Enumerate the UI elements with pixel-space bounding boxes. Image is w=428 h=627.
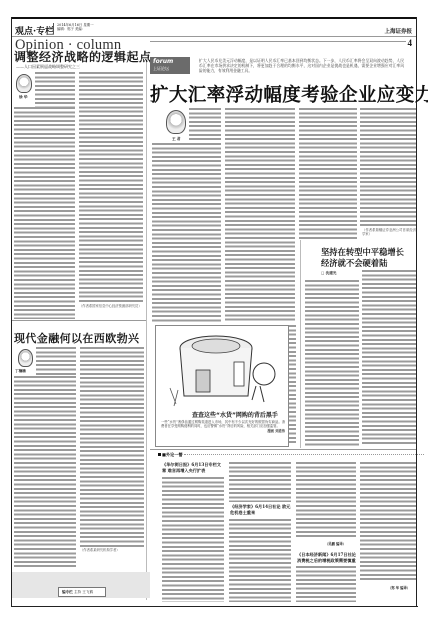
article-body-text xyxy=(79,72,143,302)
forum-intro: 扩大人民币兑美元浮动幅度，是以证明人民币汇率已基本回到均衡状态。下一步，人民币汇… xyxy=(199,58,404,73)
author-note: （作者系国家信息中心经济预测部研究员） xyxy=(79,304,143,316)
briefs-section-label: ■外论一瞥 xyxy=(162,452,183,458)
article-divider xyxy=(150,449,416,450)
brief-body-text xyxy=(229,462,291,502)
brief-title: 《经济学家》6月14日社论 欧元危机卷土重来 xyxy=(230,504,292,515)
article-body-text xyxy=(80,347,144,547)
brief-body-text xyxy=(296,462,356,538)
section-marker xyxy=(158,453,161,456)
left-article-1-subtitle: ——人口因素倒逼战略调整研究之三 xyxy=(16,64,80,70)
paper-name: 上海证券报 xyxy=(384,27,412,35)
article-body-text xyxy=(189,108,221,142)
author-note: （作者系瑞穗证券亚洲公司首席经济学家） xyxy=(362,228,416,240)
article-body-text xyxy=(362,270,416,446)
article-body-text xyxy=(152,143,221,323)
author-portrait xyxy=(166,110,186,134)
right-headline-line2: 经济就不会硬着陆 xyxy=(321,258,404,269)
right-article-headline: 坚持在转型中平稳增长 经济就不会硬着陆 xyxy=(321,247,404,268)
briefs-rule xyxy=(184,454,424,455)
page-number: 4 xyxy=(408,38,413,48)
article-body-text xyxy=(36,347,76,375)
article-body-text xyxy=(35,72,75,107)
left-article-2-headline: 现代金融何以在西欧勃兴 xyxy=(14,330,139,346)
author-name: 王 君 xyxy=(172,137,180,142)
bottom-rule xyxy=(11,606,418,607)
masthead-divider xyxy=(53,23,54,34)
article-divider xyxy=(12,320,146,321)
author-portrait xyxy=(18,349,33,367)
forum-label: forum 上证论坛 xyxy=(150,57,190,74)
masthead: 观点·专栏 2014年6月16日 星期一 编辑：郭子 美编： 上海证券报 xyxy=(12,19,416,37)
main-headline: 扩大汇率浮动幅度考验企业应变力 xyxy=(150,81,406,107)
masthead-rule xyxy=(150,41,406,42)
brief-credit: （吴鹏 编译） xyxy=(325,541,346,546)
article-body-text xyxy=(299,108,357,240)
left-article-1-headline: 调整经济战略的逻辑起点 xyxy=(14,48,152,65)
forum-label-en: forum xyxy=(153,58,173,65)
brief-credit: （郑 华 编译） xyxy=(388,585,410,590)
brief-body-text xyxy=(229,519,291,602)
brief-title: 《日本经济新闻》6月17日社论 消费税之后的增税政策需要慎重 xyxy=(297,552,357,563)
right-headline-line1: 坚持在转型中平稳增长 xyxy=(321,247,404,258)
column-divider xyxy=(300,240,301,448)
editor-names: 主持 王飞鹤 xyxy=(74,590,93,594)
editor-box: 编专栏 主持 王飞鹤 xyxy=(58,587,106,597)
brief-body-text xyxy=(162,477,224,602)
right-article-byline: □ 沈建光 xyxy=(321,271,336,276)
brief-body-text xyxy=(360,462,416,582)
article-body-text xyxy=(305,280,359,446)
article-body-text xyxy=(225,108,295,323)
masthead-editors: 编辑：郭子 美编： xyxy=(57,27,117,31)
cartoon-caption-body: 一些“水货”奢侈品通过网购渠道进入市场，其中有不少以次充好的假冒伪劣商品。消费者… xyxy=(161,420,285,428)
cartoon-illustration xyxy=(156,326,290,410)
author-portrait xyxy=(16,74,32,93)
article-body-text xyxy=(14,107,75,319)
forum-label-cn: 上证论坛 xyxy=(153,66,169,72)
article-body-text xyxy=(360,108,416,226)
cartoon-caption-title: 查查这些“水货”网购的背后黑手 xyxy=(192,410,278,419)
cartoon-credit: 漫画 刘道伟 xyxy=(267,429,285,433)
author-note: （作者系某研究机构学者） xyxy=(80,548,144,560)
author-name: 徐 华 xyxy=(19,95,27,100)
brief-body-text xyxy=(296,566,356,602)
section-title: 观点·专栏 xyxy=(15,24,54,37)
article-body-text xyxy=(14,376,76,569)
column-divider xyxy=(146,60,147,600)
cartoon-caption-text: 一些“水货”奢侈品通过网购渠道进入市场，其中有不少以次充好的假冒伪劣商品。消费者… xyxy=(161,420,285,433)
author-name: 丁楠楠 xyxy=(15,369,26,374)
masthead-meta: 2014年6月16日 星期一 编辑：郭子 美编： xyxy=(57,23,117,32)
editor-label: 编专栏 xyxy=(62,590,73,594)
brief-title: 《华尔街日报》6月13日专栏文章 难言再增入央行扩表 xyxy=(162,462,224,473)
